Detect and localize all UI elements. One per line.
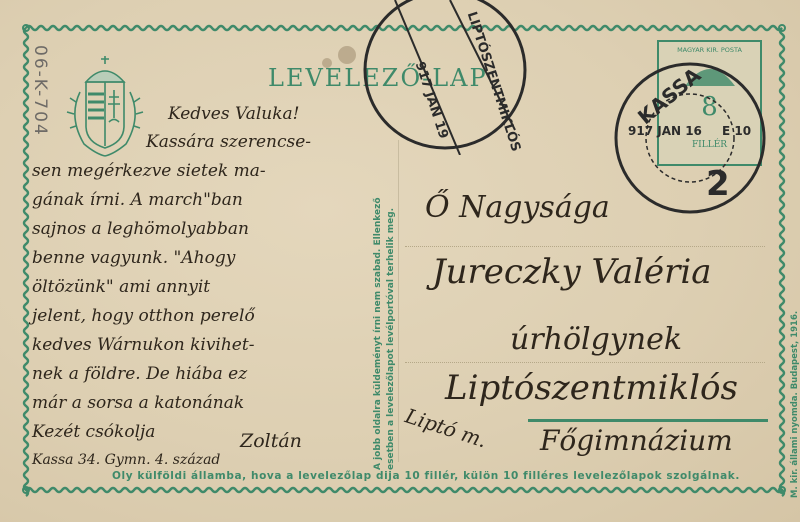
return-address: Kassa 34. Gymn. 4. század bbox=[32, 452, 220, 468]
message-line: kedves Wárnukon kivihet- bbox=[32, 335, 254, 355]
address-institution: Főgimnázium bbox=[540, 424, 733, 457]
side-instruction-line2: esetben a levelezőlapot levélportóval te… bbox=[385, 197, 398, 470]
message-line: gának írni. A march"ban bbox=[32, 190, 243, 210]
postmark-origin: KASSA 917 JAN 16 E 10 2 bbox=[610, 58, 770, 218]
side-instruction-line1: A jobb oldalra küldeményt írni nem szaba… bbox=[372, 197, 385, 470]
message-line: sen megérkezve sietek ma- bbox=[32, 161, 266, 181]
archive-note: 06-K-704 bbox=[30, 45, 50, 137]
postmark-date: 917 JAN 16 bbox=[628, 124, 702, 138]
message-salutation: Kedves Valuka! bbox=[168, 104, 299, 124]
postcard: LEVELEZŐ-LAP MAGYAR KIR. POSTA 8 FILLÉR … bbox=[0, 0, 800, 522]
side-instruction: A jobb oldalra küldeményt írni nem szaba… bbox=[372, 197, 398, 470]
message-line: Kassára szerencse- bbox=[146, 132, 311, 152]
postmark-number: 2 bbox=[706, 164, 730, 204]
printer-imprint: M. kir. állami nyomda. Budapest, 1916. bbox=[790, 311, 800, 498]
message-line: öltözünk" ami annyit bbox=[32, 277, 210, 297]
postmark-time: E 10 bbox=[722, 124, 751, 138]
message-line: nek a földre. De hiába ez bbox=[32, 364, 247, 384]
address-line-main bbox=[528, 419, 768, 422]
coat-of-arms-icon bbox=[60, 52, 150, 162]
postmark-destination: 917 JAN 19 LIPTÓSZENTMIKLÓS bbox=[360, 0, 535, 155]
address-city: Liptószentmiklós bbox=[445, 368, 738, 408]
message-line: benne vagyunk. "Ahogy bbox=[32, 248, 235, 268]
address-line bbox=[405, 246, 765, 247]
address-title: úrhölgynek bbox=[510, 322, 682, 357]
message-line: sajnos a leghömolyabban bbox=[32, 219, 249, 239]
stamp-header: MAGYAR KIR. POSTA bbox=[659, 46, 760, 54]
message-signature: Zoltán bbox=[240, 430, 302, 452]
column-divider bbox=[398, 140, 399, 462]
message-line: már a sorsa a katonának bbox=[32, 393, 244, 413]
message-line: jelent, hogy otthon perelő bbox=[32, 306, 255, 326]
address-honorific: Ő Nagysága bbox=[425, 190, 610, 225]
footer-notice: Oly külföldi államba, hova a levelezőlap… bbox=[112, 470, 740, 482]
message-line: Kezét csókolja bbox=[32, 422, 155, 442]
address-line bbox=[405, 362, 765, 363]
address-name: Jureczky Valéria bbox=[432, 252, 712, 292]
